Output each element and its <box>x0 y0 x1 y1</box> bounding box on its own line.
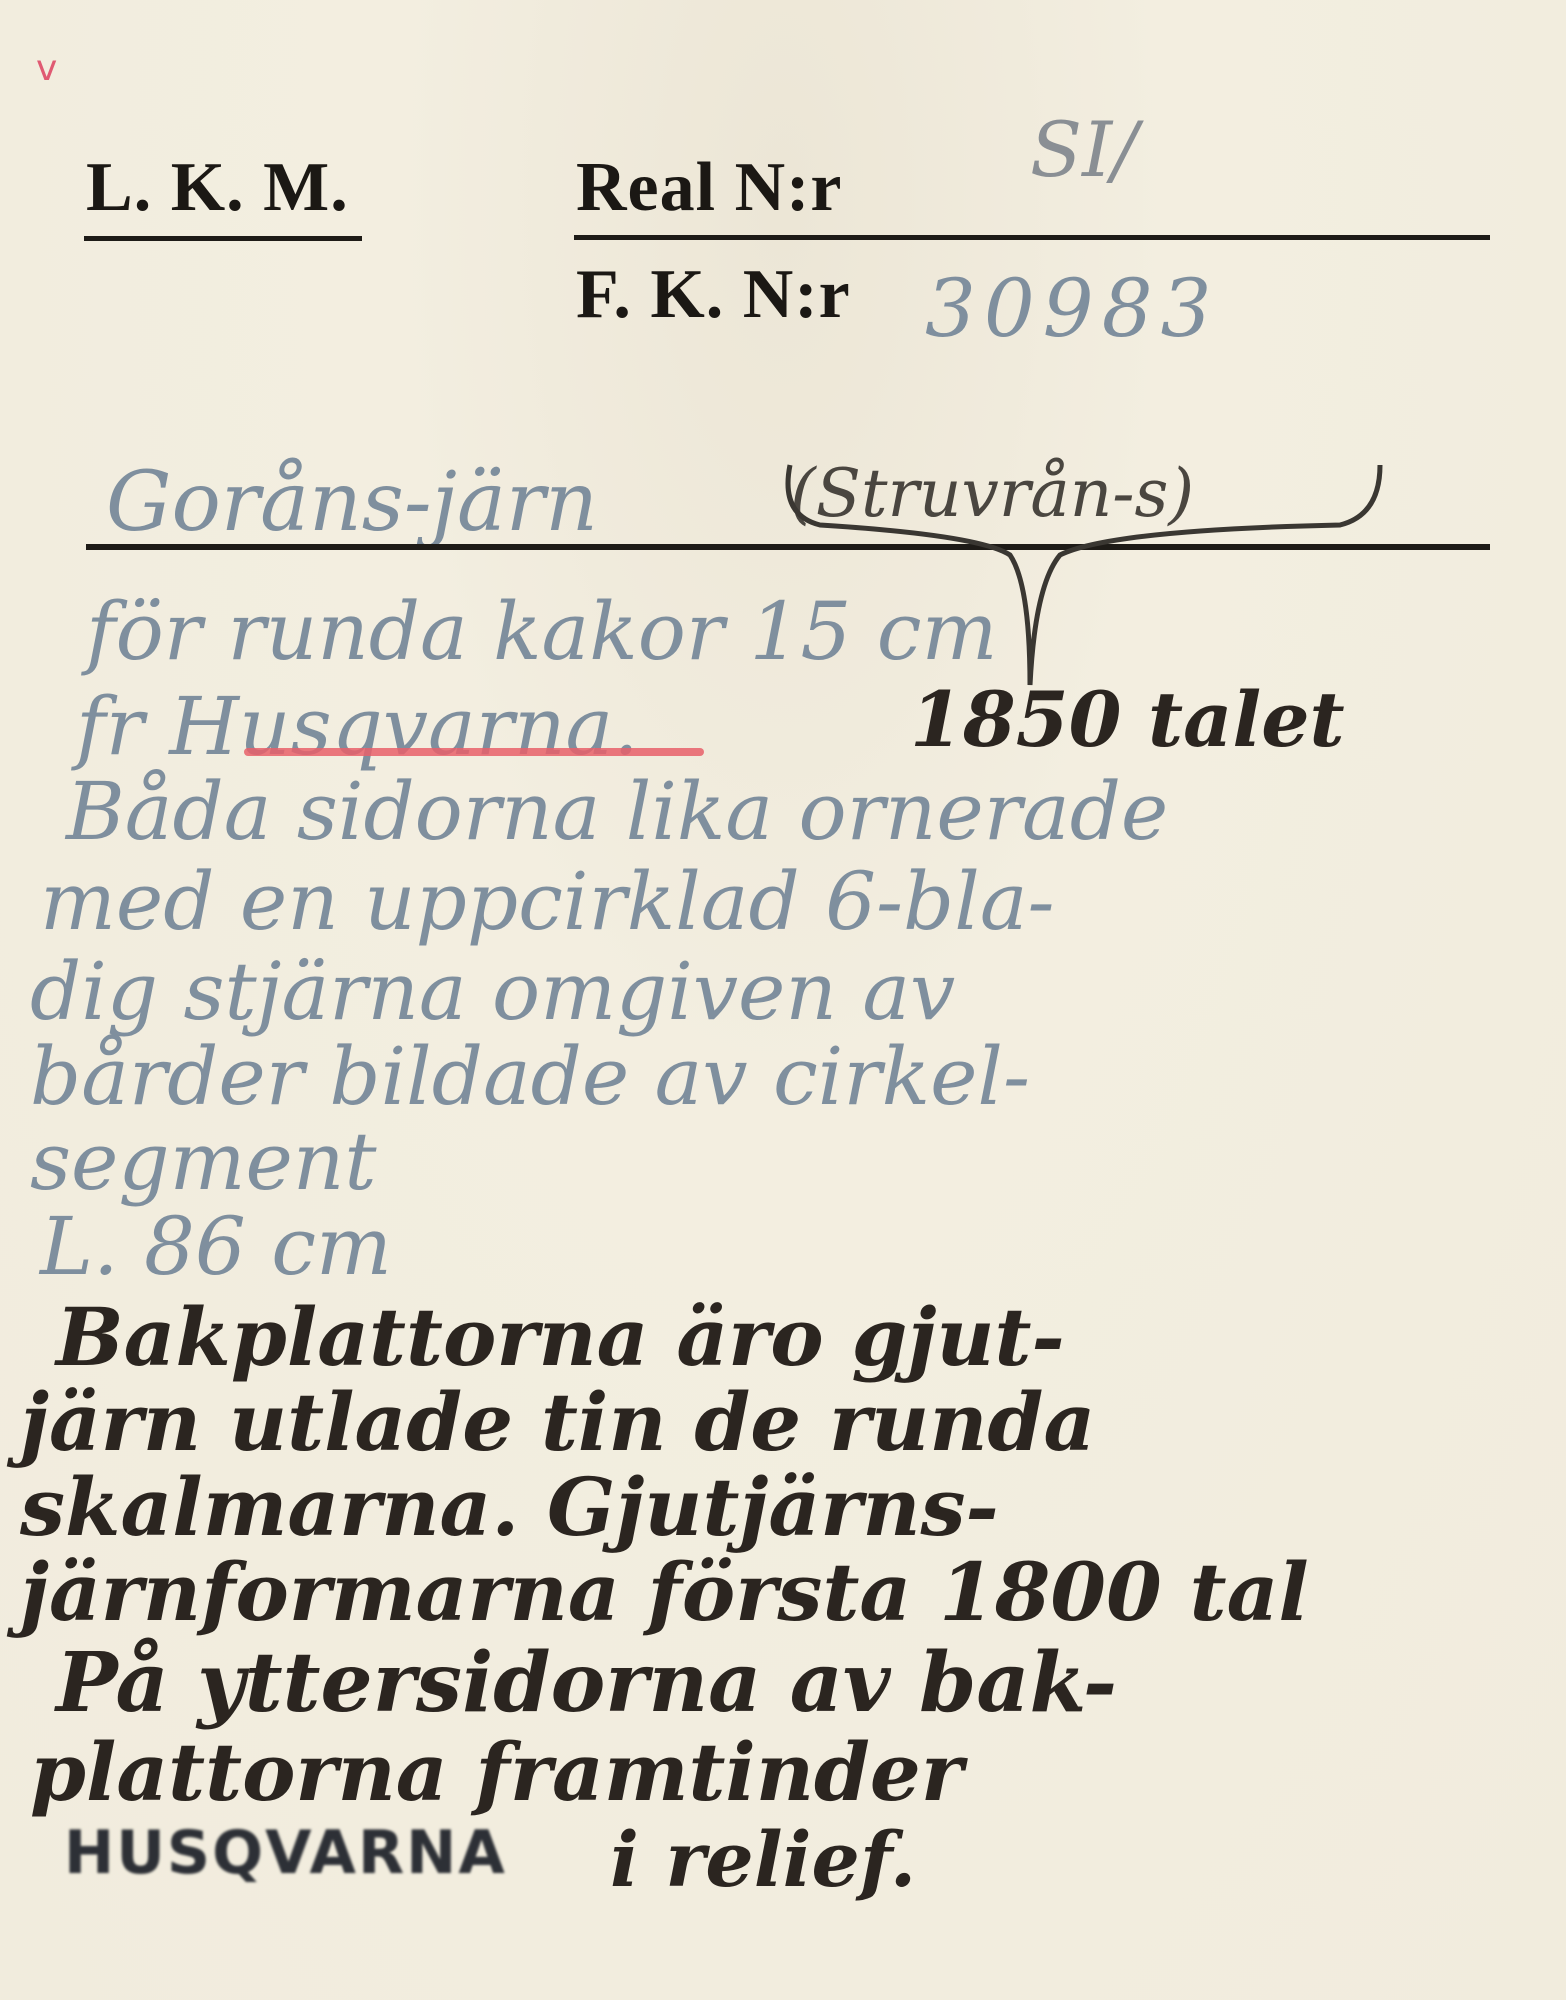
dark-line-7: i relief. <box>610 1815 916 1904</box>
body-line-6: bårder bildade av cirkel- <box>30 1030 1030 1123</box>
museum-label-rule <box>84 236 362 241</box>
dark-line-5: På yttersidorna av bak- <box>56 1635 1117 1731</box>
dark-line-6: plattorna framtinder <box>30 1725 963 1819</box>
body-line-3: Båda sidorna lika ornerade <box>66 765 1168 858</box>
museum-label: L. K. M. <box>86 148 349 228</box>
object-title: Goråns-järn <box>106 455 598 550</box>
real-nr-value: SI/ <box>1030 105 1138 194</box>
catalog-card: v L. K. M. Real N:r SI/ F. K. N:r 30983 … <box>0 0 1566 2000</box>
fk-nr-label: F. K. N:r <box>576 255 851 335</box>
body-line-7: segment <box>30 1115 376 1208</box>
real-nr-label: Real N:r <box>576 148 843 228</box>
fk-nr-value: 30983 <box>925 262 1220 355</box>
body-line-2: fr Husqvarna. <box>76 680 639 773</box>
red-underline <box>244 748 704 756</box>
body-line-8: L. 86 cm <box>40 1200 392 1293</box>
dark-line-1: Bakplattorna äro gjut- <box>56 1290 1065 1384</box>
body-line-1: för runda kakor 15 cm <box>86 585 997 678</box>
dark-line-2: järn utlade tin de runda <box>20 1375 1095 1469</box>
body-line-4: med en uppcirklad 6-bla- <box>40 855 1055 948</box>
dark-line-4: järnformarna första 1800 tal <box>20 1545 1309 1639</box>
red-checkmark: v <box>36 48 57 89</box>
date-note: 1850 talet <box>910 675 1345 764</box>
husqvarna-stamp: HUSQVARNA <box>64 1818 507 1888</box>
dark-line-3: skalmarna. Gjutjärns- <box>20 1460 999 1554</box>
body-line-5: dig stjärna omgiven av <box>30 945 955 1038</box>
header-rule <box>574 235 1490 240</box>
